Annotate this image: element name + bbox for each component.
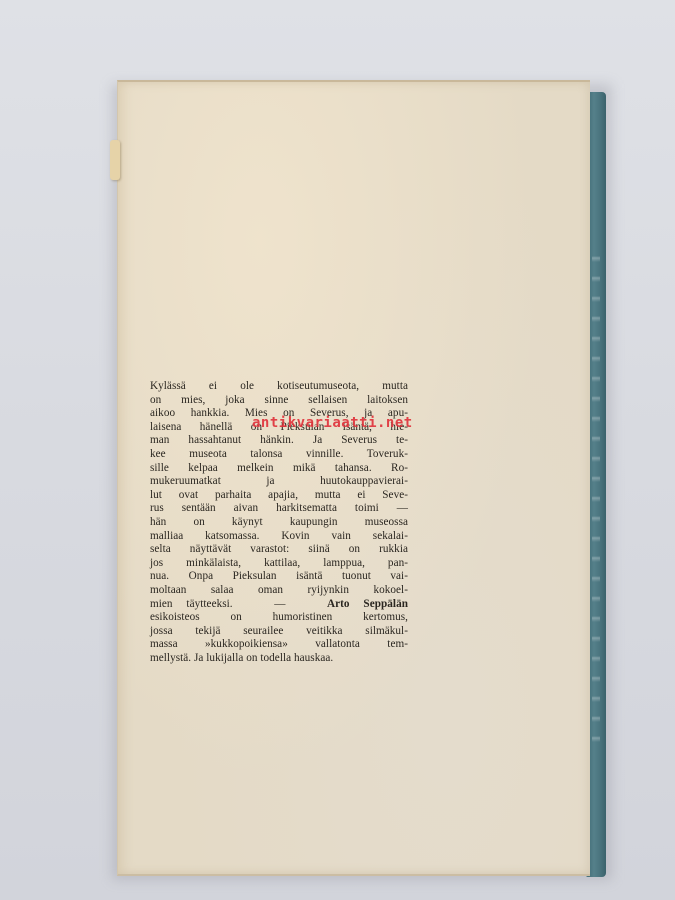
cover-tear: [110, 140, 120, 180]
blurb-line: malliaa katsomassa. Kovin vain sekalai-: [150, 530, 408, 544]
blurb-line: mukeruumatkat ja huutokauppavierai-: [150, 475, 408, 489]
blurb-line: kee museota talonsa vinnille. Toveruk-: [150, 448, 408, 462]
blurb-author-line: mien täytteeksi. — Arto Seppälän: [150, 598, 408, 612]
blurb-line: lut ovat parhaita apajia, mutta ei Seve-: [150, 489, 408, 503]
blurb-line: mien täytteeksi.: [150, 598, 233, 610]
blurb-line: jossa tekijä seurailee veitikka silmäkul…: [150, 625, 408, 639]
blurb-line: Kylässä ei ole kotiseutumuseota, mutta: [150, 380, 408, 394]
blurb-line: man hassahtanut hänkin. Ja Severus te-: [150, 434, 408, 448]
blurb-line: jos minkälaista, kattilaa, lamppua, pan-: [150, 557, 408, 571]
blurb-line: selta näyttävät varastot: siinä on rukki…: [150, 543, 408, 557]
blurb-line: mellystä. Ja lukijalla on todella hauska…: [150, 652, 408, 666]
em-dash: —: [274, 598, 285, 610]
blurb-line: rus sentään aivan harkitsematta toimi —: [150, 502, 408, 516]
blurb-line: on mies, joka sinne sellaisen laitoksen: [150, 394, 408, 408]
blurb-line: esikoisteos on humoristinen kertomus,: [150, 611, 408, 625]
blurb-line: hän on käynyt kaupungin museossa: [150, 516, 408, 530]
watermark: antikvariaatti.net: [252, 415, 413, 431]
blurb-line: sille kelpaa melkein mikä tahansa. Ro-: [150, 462, 408, 476]
blurb-line: moltaan salaa oman ryijynkin kokoel-: [150, 584, 408, 598]
blurb-line: massa »kukkopoikiensa» vallatonta tem-: [150, 638, 408, 652]
blurb-line: nua. Onpa Pieksulan isäntä tuonut vai-: [150, 570, 408, 584]
author-name: Arto Seppälän: [327, 598, 408, 610]
